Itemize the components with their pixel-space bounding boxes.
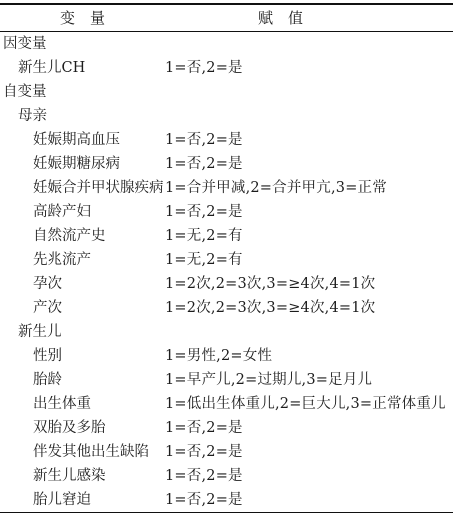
table-row: 因变量 [0,32,453,56]
value-label: 1=男性,2=女性 [165,344,272,368]
variable-label: 妊娠合并甲状腺疾病 [33,176,164,200]
variable-label: 孕次 [33,272,62,296]
table-row: 自变量 [0,80,453,104]
variable-label: 双胎及多胎 [33,416,106,440]
table-body: 因变量 新生儿CH 1=否,2=是 自变量 母亲 妊娠期高血压 1=否,2=是 … [0,32,453,512]
value-label: 1=否,2=是 [165,152,243,176]
table-row: 胎龄 1=早产儿,2=过期儿,3=足月儿 [0,368,453,392]
variable-label: 胎龄 [33,368,62,392]
table-row: 妊娠期糖尿病 1=否,2=是 [0,152,453,176]
table-row: 妊娠合并甲状腺疾病 1=合并甲减,2=合并甲亢,3=正常 [0,176,453,200]
table-row: 出生体重 1=低出生体重儿,2=巨大儿,3=正常体重儿 [0,392,453,416]
table-row: 双胎及多胎 1=否,2=是 [0,416,453,440]
value-label: 1=早产儿,2=过期儿,3=足月儿 [165,368,372,392]
header-variable-column: 变 量 [60,5,105,31]
value-label: 1=否,2=是 [165,488,243,512]
variable-label: 母亲 [18,104,47,128]
value-label: 1=无,2=有 [165,224,243,248]
variable-label: 出生体重 [33,392,91,416]
value-label: 1=2次,2=3次,3=≥4次,4=1次 [165,296,375,320]
variable-label: 妊娠期高血压 [33,128,120,152]
table-row: 新生儿 [0,320,453,344]
variable-label: 妊娠期糖尿病 [33,152,120,176]
header-value-column: 赋 值 [258,5,303,31]
table-row: 孕次 1=2次,2=3次,3=≥4次,4=1次 [0,272,453,296]
table-row: 性别 1=男性,2=女性 [0,344,453,368]
table-row: 自然流产史 1=无,2=有 [0,224,453,248]
table-row: 先兆流产 1=无,2=有 [0,248,453,272]
value-label: 1=否,2=是 [165,128,243,152]
table-row: 高龄产妇 1=否,2=是 [0,200,453,224]
variable-label: 自然流产史 [33,224,106,248]
variable-label: 产次 [33,296,62,320]
variable-label: 高龄产妇 [33,200,91,224]
variable-label: 伴发其他出生缺陷 [33,440,149,464]
value-label: 1=低出生体重儿,2=巨大儿,3=正常体重儿 [165,392,446,416]
variable-assignment-table: 变 量 赋 值 因变量 新生儿CH 1=否,2=是 自变量 母亲 妊娠期高血压 … [0,3,453,513]
table-row: 胎儿窘迫 1=否,2=是 [0,488,453,512]
table-row: 妊娠期高血压 1=否,2=是 [0,128,453,152]
table-row: 伴发其他出生缺陷 1=否,2=是 [0,440,453,464]
variable-label: 新生儿感染 [33,464,106,488]
table-header-row: 变 量 赋 值 [0,5,453,32]
value-label: 1=否,2=是 [165,440,243,464]
value-label: 1=无,2=有 [165,248,243,272]
table-row: 产次 1=2次,2=3次,3=≥4次,4=1次 [0,296,453,320]
value-label: 1=否,2=是 [165,464,243,488]
value-label: 1=2次,2=3次,3=≥4次,4=1次 [165,272,375,296]
variable-label: 胎儿窘迫 [33,488,91,512]
variable-label: 因变量 [3,32,47,56]
variable-label: 新生儿 [18,320,62,344]
value-label: 1=合并甲减,2=合并甲亢,3=正常 [165,176,387,200]
table-row: 新生儿感染 1=否,2=是 [0,464,453,488]
value-label: 1=否,2=是 [165,56,243,80]
variable-label: 性别 [33,344,62,368]
table-row: 新生儿CH 1=否,2=是 [0,56,453,80]
table-row: 母亲 [0,104,453,128]
variable-label: 自变量 [3,80,47,104]
variable-label: 先兆流产 [33,248,91,272]
value-label: 1=否,2=是 [165,200,243,224]
value-label: 1=否,2=是 [165,416,243,440]
variable-label: 新生儿CH [18,56,85,80]
